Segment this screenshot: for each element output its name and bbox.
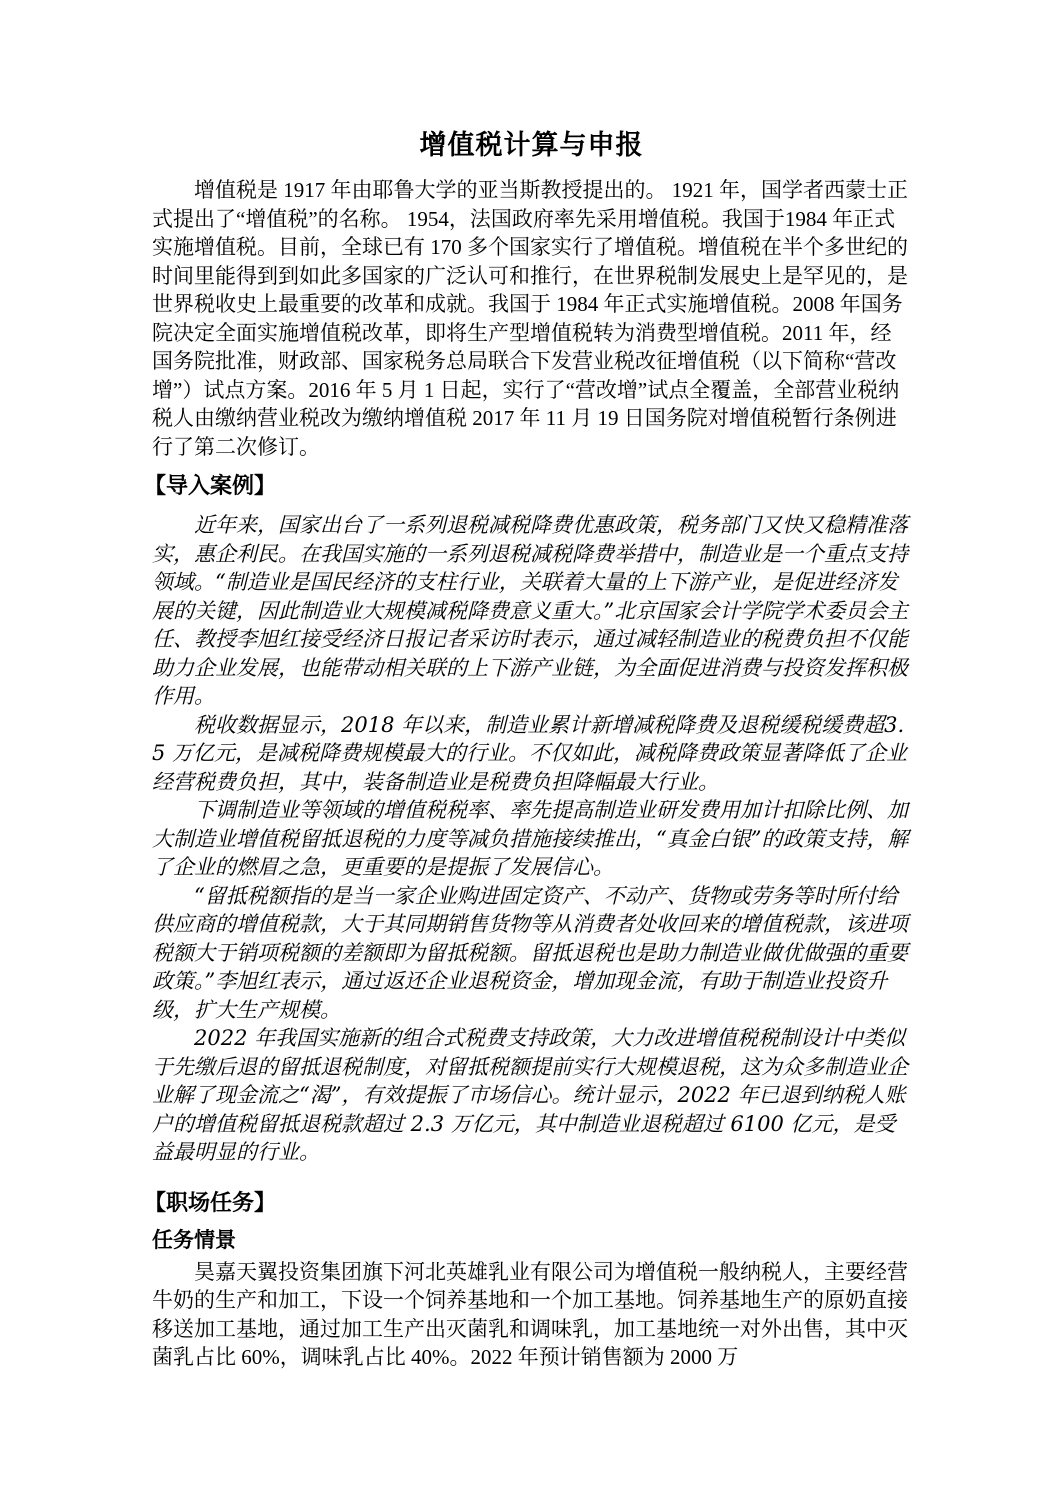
case-paragraph-1: 近年来，国家出台了一系列退税减税降费优惠政策，税务部门又快又稳精准落实，惠企利民… [152,511,911,711]
case-paragraph-4: “留抵税额指的是当一家企业购进固定资产、不动产、货物或劳务等时所付给供应商的增值… [152,882,911,1025]
intro-paragraph: 增值税是 1917 年由耶鲁大学的亚当斯教授提出的。 1921 年，国学者西蒙士… [152,176,911,461]
task-scenario-subheading: 任务情景 [152,1228,911,1253]
case-paragraph-2: 税收数据显示，2018 年以来，制造业累计新增减税降费及退税缓税缓费超3.5 万… [152,711,911,797]
document-page: 增值税计算与申报 增值税是 1917 年由耶鲁大学的亚当斯教授提出的。 1921… [0,0,1059,1497]
case-paragraph-3: 下调制造业等领域的增值税税率、率先提高制造业研发费用加计扣除比例、加大制造业增值… [152,796,911,882]
task-section-heading: 【职场任务】 [144,1191,911,1217]
task-scenario-paragraph: 昊嘉天翼投资集团旗下河北英雄乳业有限公司为增值税一般纳税人，主要经营牛奶的生产和… [152,1258,911,1372]
document-title: 增值税计算与申报 [152,128,911,164]
case-paragraph-5: 2022 年我国实施新的组合式税费支持政策，大力改进增值税税制设计中类似于先缴后… [152,1024,911,1167]
case-section-heading: 【导入案例】 [144,474,911,500]
